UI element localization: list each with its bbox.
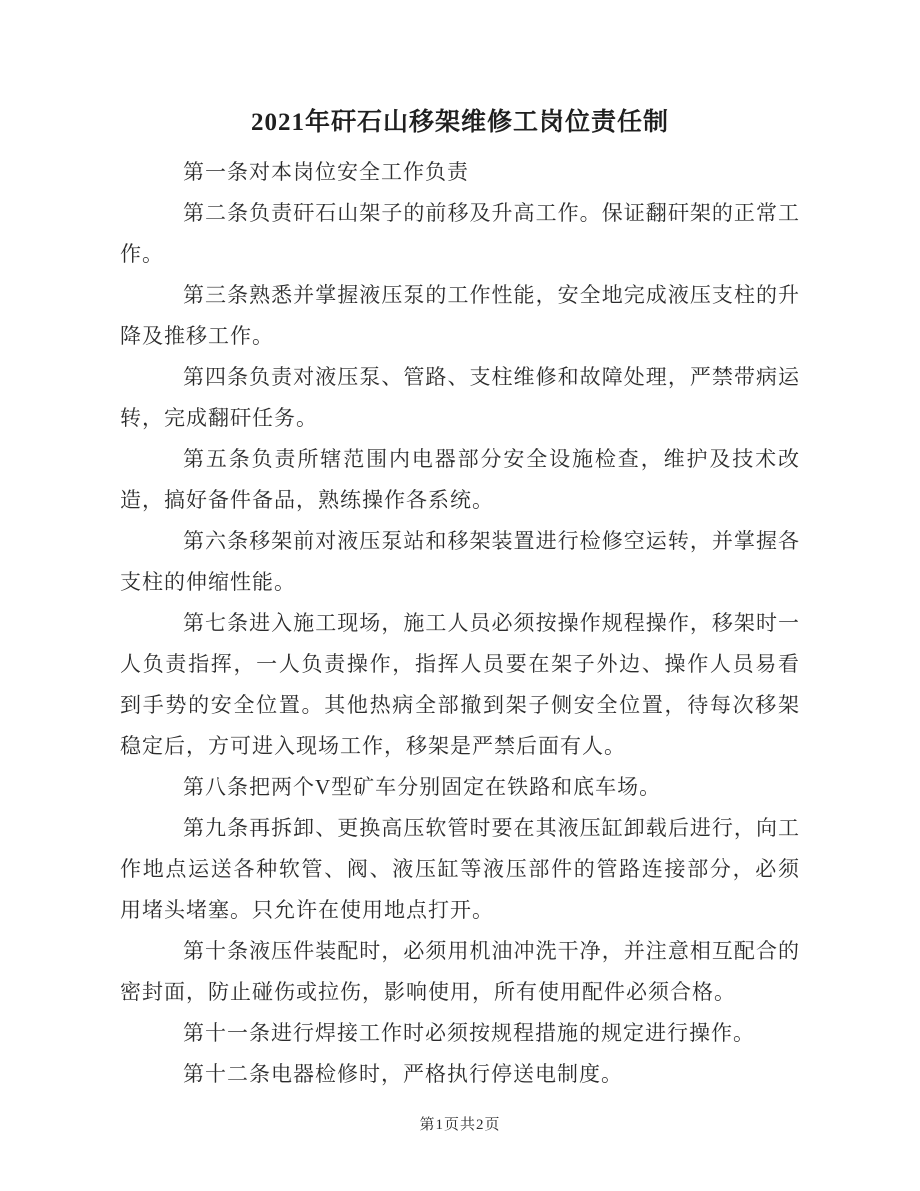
document-page: 2021年矸石山移架维修工岗位责任制 第一条对本岗位安全工作负责 第二条负责矸石… bbox=[0, 0, 920, 1191]
paragraph-clause-5: 第五条负责所辖范围内电器部分安全设施检查，维护及技术改造，搞好备件备品，熟练操作… bbox=[120, 439, 800, 521]
paragraph-list: 第一条对本岗位安全工作负责 第二条负责矸石山架子的前移及升高工作。保证翻矸架的正… bbox=[120, 152, 800, 1095]
paragraph-clause-12: 第十二条电器检修时，严格执行停送电制度。 bbox=[120, 1054, 800, 1095]
document-body: 2021年矸石山移架维修工岗位责任制 第一条对本岗位安全工作负责 第二条负责矸石… bbox=[120, 101, 800, 1095]
paragraph-clause-2: 第二条负责矸石山架子的前移及升高工作。保证翻矸架的正常工作。 bbox=[120, 193, 800, 275]
paragraph-clause-10: 第十条液压件装配时，必须用机油冲洗干净，并注意相互配合的密封面，防止碰伤或拉伤，… bbox=[120, 931, 800, 1013]
document-title: 2021年矸石山移架维修工岗位责任制 bbox=[120, 101, 800, 145]
paragraph-clause-4: 第四条负责对液压泵、管路、支柱维修和故障处理，严禁带病运转，完成翻矸任务。 bbox=[120, 357, 800, 439]
page-number-footer: 第1页共2页 bbox=[0, 1114, 920, 1136]
paragraph-clause-9: 第九条再拆卸、更换高压软管时要在其液压缸卸载后进行，向工作地点运送各种软管、阀、… bbox=[120, 808, 800, 931]
paragraph-clause-8: 第八条把两个V型矿车分别固定在铁路和底车场。 bbox=[120, 767, 800, 808]
paragraph-clause-6: 第六条移架前对液压泵站和移架装置进行检修空运转，并掌握各支柱的伸缩性能。 bbox=[120, 521, 800, 603]
paragraph-clause-11: 第十一条进行焊接工作时必须按规程措施的规定进行操作。 bbox=[120, 1013, 800, 1054]
paragraph-clause-3: 第三条熟悉并掌握液压泵的工作性能，安全地完成液压支柱的升降及推移工作。 bbox=[120, 275, 800, 357]
paragraph-clause-1: 第一条对本岗位安全工作负责 bbox=[120, 152, 800, 193]
paragraph-clause-7: 第七条进入施工现场，施工人员必须按操作规程操作，移架时一人负责指挥，一人负责操作… bbox=[120, 603, 800, 767]
